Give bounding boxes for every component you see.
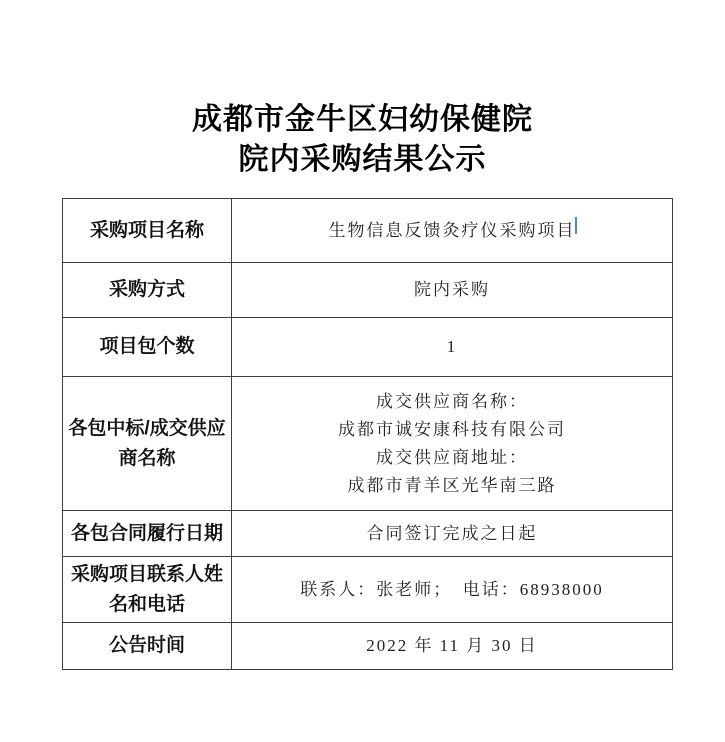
row-value: 联系人：张老师； 电话：68938000 (232, 557, 672, 622)
package-count-text: 1 (447, 333, 458, 361)
text-cursor-artifact (575, 217, 577, 234)
row-value: 合同签订完成之日起 (232, 511, 672, 556)
row-value: 1 (232, 318, 672, 376)
table-row-project-name: 采购项目名称 生物信息反馈灸疗仪采购项目 (63, 199, 672, 263)
table-row-contract-date: 各包合同履行日期 合同签订完成之日起 (63, 511, 672, 557)
supplier-address-text: 成都市青羊区光华南三路 (348, 472, 557, 500)
row-label: 采购方式 (63, 263, 232, 317)
table-row-supplier-info: 各包中标/成交供应 商名称 成交供应商名称： 成都市诚安康科技有限公司 成交供应… (63, 377, 672, 511)
title-line-1: 成都市金牛区妇幼保健院 (0, 100, 725, 140)
contact-info-text: 联系人：张老师； 电话：68938000 (300, 576, 604, 604)
project-name-text: 生物信息反馈灸疗仪采购项目 (329, 217, 576, 245)
table-row-contact-info: 采购项目联系人姓 名和电话 联系人：张老师； 电话：68938000 (63, 557, 672, 623)
row-value: 2022 年 11 月 30 日 (232, 623, 672, 669)
table-row-package-count: 项目包个数 1 (63, 318, 672, 377)
supplier-name-caption: 成交供应商名称： (376, 388, 528, 416)
table-row-procurement-method: 采购方式 院内采购 (63, 263, 672, 318)
document-title: 成都市金牛区妇幼保健院 院内采购结果公示 (0, 100, 725, 180)
table-row-announcement-date: 公告时间 2022 年 11 月 30 日 (63, 623, 672, 669)
row-label: 项目包个数 (63, 318, 232, 376)
row-label: 采购项目联系人姓 名和电话 (63, 557, 232, 622)
row-label: 采购项目名称 (63, 199, 232, 262)
row-label: 各包中标/成交供应 商名称 (63, 377, 232, 510)
procurement-method-text: 院内采购 (414, 276, 490, 304)
supplier-address-caption: 成交供应商地址： (376, 444, 528, 472)
supplier-name-text: 成都市诚安康科技有限公司 (338, 416, 566, 444)
row-value: 生物信息反馈灸疗仪采购项目 (232, 199, 672, 262)
row-label: 各包合同履行日期 (63, 511, 232, 556)
row-value: 院内采购 (232, 263, 672, 317)
row-value: 成交供应商名称： 成都市诚安康科技有限公司 成交供应商地址： 成都市青羊区光华南… (232, 377, 672, 510)
row-label: 公告时间 (63, 623, 232, 669)
document-page: 成都市金牛区妇幼保健院 院内采购结果公示 采购项目名称 生物信息反馈灸疗仪采购项… (0, 0, 725, 742)
contract-date-text: 合同签订完成之日起 (367, 520, 538, 548)
announcement-date-text: 2022 年 11 月 30 日 (366, 632, 538, 660)
title-line-2: 院内采购结果公示 (0, 140, 725, 180)
procurement-result-table: 采购项目名称 生物信息反馈灸疗仪采购项目 采购方式 院内采购 项目包个数 1 各… (62, 198, 673, 670)
